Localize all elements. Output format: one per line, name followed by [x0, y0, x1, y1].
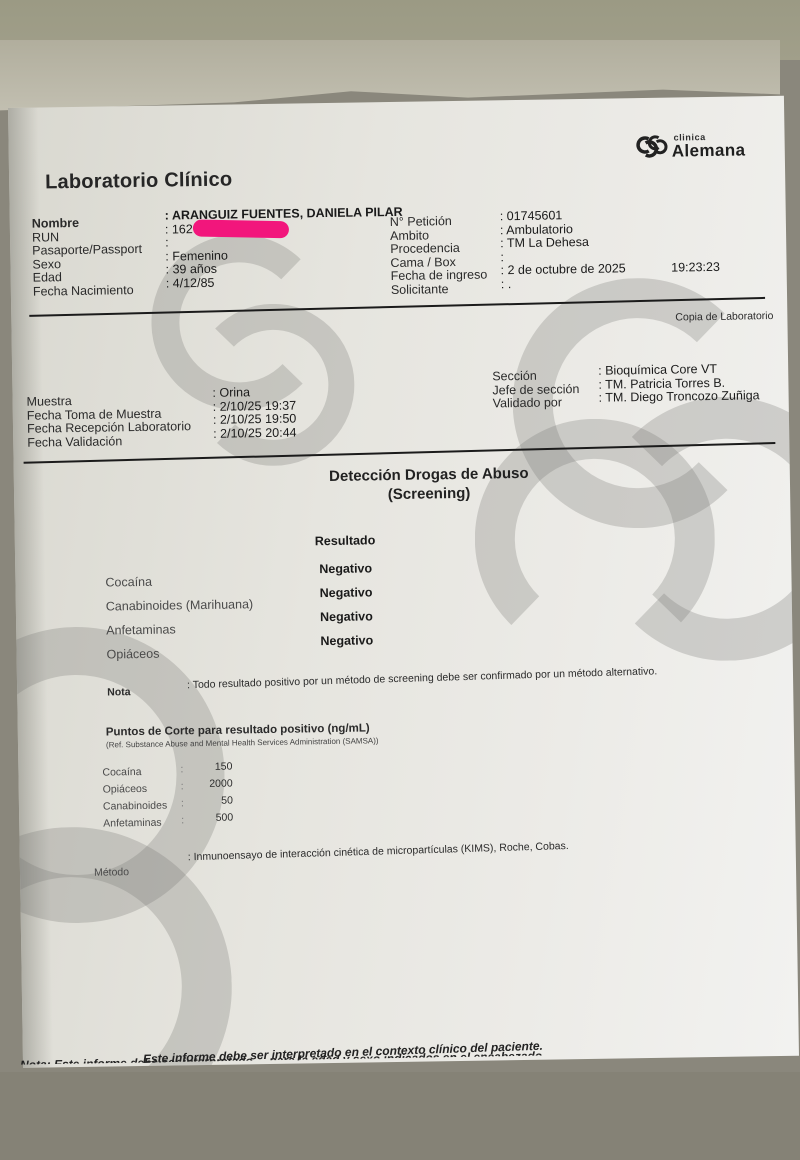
- fecha-validacion-value: 2/10/25 20:44: [220, 425, 297, 440]
- test-name: Anfetaminas: [106, 622, 254, 648]
- section-values: : Bioquímica Core VT : TM. Patricia Torr…: [598, 362, 760, 405]
- solicitante-value: .: [508, 277, 512, 291]
- report-title: Detección Drogas de Abuso (Screening): [299, 463, 560, 505]
- cutoff-drug: Canabinoides: [103, 800, 167, 818]
- results-values: Negativo Negativo Negativo Negativo: [319, 562, 373, 659]
- cutoffs-reference: (Ref. Substance Abuse and Mental Health …: [106, 736, 379, 749]
- divider-header: [29, 297, 765, 316]
- label-validado-por: Validado por: [493, 396, 580, 411]
- test-result: Negativo: [319, 562, 372, 587]
- copy-label: Copia de Laboratorio: [675, 310, 773, 324]
- cutoffs-drug-names: Cocaína Opiáceos Canabinoides Anfetamina…: [102, 766, 167, 835]
- cutoffs-values: 150 2000 50 500: [188, 761, 233, 830]
- lab-report-page: Laboratorio Clínico clinica Alemana Nomb…: [8, 96, 799, 1068]
- label-fecha-validacion: Fecha Validación: [27, 434, 191, 450]
- cutoff-value: 500: [189, 812, 233, 830]
- page-title: Laboratorio Clínico: [45, 168, 232, 194]
- section-labels: Sección Jefe de sección Validado por: [492, 369, 579, 411]
- request-labels: N° Petición Ambito Procedencia Cama / Bo…: [390, 214, 488, 297]
- fecha-ingreso-value: 2 de octubre de 2025: [507, 261, 625, 277]
- label-solicitante: Solicitante: [391, 282, 488, 297]
- cutoff-value: 150: [188, 761, 232, 779]
- procedencia-value: TM La Dehesa: [507, 235, 589, 250]
- patient-run: 162: [172, 222, 193, 236]
- cutoff-drug: Cocaína: [102, 766, 166, 784]
- redaction-mark: [193, 219, 289, 238]
- request-values: : 01745601 : Ambulatorio : TM La Dehesa …: [500, 207, 721, 291]
- test-name: Canabinoides (Marihuana): [106, 598, 254, 624]
- logo-brand-text: Alemana: [672, 141, 746, 159]
- muestra-value: Orina: [219, 385, 250, 399]
- fecha-ingreso-time: 19:23:23: [671, 260, 720, 275]
- patient-values: : ARANGUIZ FUENTES, DANIELA PILAR : 162 …: [165, 206, 404, 291]
- clinica-alemana-logo: clinica Alemana: [634, 132, 745, 160]
- method-value: : Inmunoensayo de interacción cinética d…: [188, 840, 569, 863]
- results-test-names: Cocaína Canabinoides (Marihuana) Anfetam…: [105, 574, 254, 672]
- table-surface: [0, 1072, 800, 1160]
- test-name: Opiáceos: [107, 646, 255, 672]
- patient-sex: Femenino: [172, 248, 228, 263]
- patient-age: 39 años: [172, 262, 217, 277]
- clinica-alemana-logo-icon: [634, 134, 668, 161]
- test-result: Negativo: [320, 634, 373, 659]
- label-pasaporte: Pasaporte/Passport: [32, 243, 142, 258]
- result-column-header: Resultado: [315, 534, 376, 548]
- cutoff-drug: Anfetaminas: [103, 817, 167, 835]
- cutoff-value: 2000: [189, 778, 233, 796]
- test-result: Negativo: [320, 610, 373, 635]
- note-text: : Todo resultado positivo por un método …: [187, 665, 657, 691]
- note-label: Nota: [107, 686, 131, 698]
- label-fecha-nacimiento: Fecha Nacimiento: [33, 283, 143, 298]
- sample-labels: Muestra Fecha Toma de Muestra Fecha Rece…: [27, 393, 192, 450]
- cutoff-value: 50: [189, 795, 233, 813]
- test-result: Negativo: [320, 586, 373, 611]
- cutoff-colons: ::::: [180, 761, 184, 829]
- patient-birthdate: 4/12/85: [173, 275, 215, 290]
- report-title-line1: Detección Drogas de Abuso: [299, 463, 559, 486]
- cutoff-drug: Opiáceos: [103, 783, 167, 801]
- method-label: Método: [94, 866, 129, 879]
- patient-info-block: Nombre RUN Pasaporte/Passport Sexo Edad …: [32, 216, 143, 299]
- sample-values: : Orina : 2/10/25 19:37 : 2/10/25 19:50 …: [212, 386, 296, 441]
- validado-por-value: TM. Diego Troncozo Zuñiga: [605, 388, 759, 404]
